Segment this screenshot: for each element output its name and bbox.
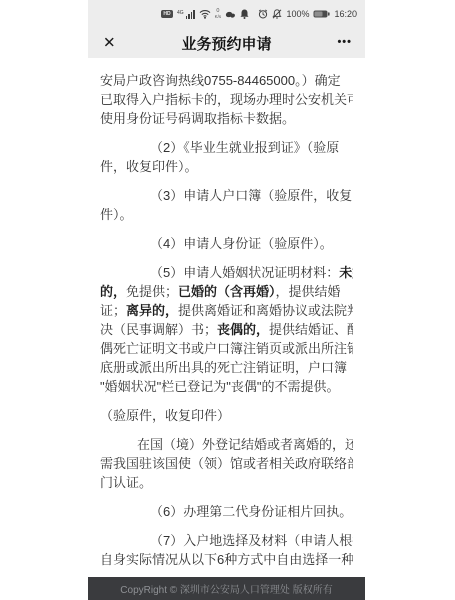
text-line: 件）。 <box>100 205 353 224</box>
copyright-footer: CopyRight © 深圳市公安局人口管理处 版权所有 <box>88 577 365 600</box>
volte-hd-icon: HD <box>161 10 173 18</box>
clock-text: 16:20 <box>334 9 357 19</box>
alarm-clock-icon <box>258 9 268 19</box>
text-line: （7）入户地选择及材料（申请人根据 <box>100 531 353 550</box>
text-line: 件，收复印件）。 <box>100 157 353 176</box>
text-line: 在国（境）外登记结婚或者离婚的，还 <box>100 435 353 454</box>
bell-icon <box>240 9 249 19</box>
text-line: （4）申请人身份证（验原件）。 <box>100 234 353 253</box>
paragraph: （5）申请人婚姻状况证明材料：未婚的，免提供；已婚的（含再婚），提供结婚证；离异… <box>100 263 353 396</box>
status-bar: HD 4G 0 K/s <box>88 0 365 28</box>
text-line: 底册或派出所出具的死亡注销证明，户口簿 <box>100 358 353 377</box>
text-line: 偶死亡证明文书或户口簿注销页或派出所注销 <box>100 339 353 358</box>
network-type-label: 4G <box>177 10 184 16</box>
text-line: 使用身份证号码调取指标卡数据。 <box>100 109 353 128</box>
text-line: （2）《毕业生就业报到证》（验原 <box>100 138 353 157</box>
paragraph: （验原件，收复印件） <box>100 406 353 425</box>
paragraph: （6）办理第二代身份证相片回执。 <box>100 502 353 521</box>
paragraph: （3）申请人户口簿（验原件，收复印件）。 <box>100 186 353 224</box>
text-line: （3）申请人户口簿（验原件，收复印 <box>100 186 353 205</box>
text-line: 安局户政咨询热线0755-84465000。）确定 <box>100 71 353 90</box>
status-bar-left-cluster: HD 4G 0 K/s <box>161 9 249 19</box>
text-line: 自身实际情况从以下6种方式中自由选择一种 <box>100 550 353 569</box>
wifi-icon <box>199 9 211 19</box>
notification-dot-icon <box>225 10 236 19</box>
copyright-text: CopyRight © 深圳市公安局人口管理处 版权所有 <box>120 581 332 596</box>
more-menu-icon[interactable]: ••• <box>337 37 352 48</box>
text-line: 证；离异的，提供离婚证和离婚协议或法院判 <box>100 301 353 320</box>
text-line: 需我国驻该国使（领）馆或者相关政府联络部 <box>100 454 353 473</box>
wechat-webview-window: HD 4G 0 K/s <box>88 0 365 600</box>
text-line: "婚姻状况"栏已登记为"丧偶"的不需提供。 <box>100 377 353 396</box>
battery-icon <box>313 10 330 18</box>
close-icon[interactable]: ✕ <box>103 36 116 51</box>
paragraph: 在国（境）外登记结婚或者离婚的，还需我国驻该国使（领）馆或者相关政府联络部门认证… <box>100 435 353 492</box>
text-line: 的，免提供；已婚的（含再婚），提供结婚 <box>100 282 353 301</box>
status-bar-right-cluster: 100% 16:20 <box>258 9 357 19</box>
text-line: （验原件，收复印件） <box>100 406 353 425</box>
text-line: 已取得入户指标卡的，现场办理时公安机关可 <box>100 90 353 109</box>
paragraph: （4）申请人身份证（验原件）。 <box>100 234 353 253</box>
text-line: 决（民事调解）书；丧偶的，提供结婚证、配 <box>100 320 353 339</box>
page-title: 业务预约申请 <box>181 33 271 54</box>
paragraph: （2）《毕业生就业报到证》（验原件，收复印件）。 <box>100 138 353 176</box>
paragraph: 安局户政咨询热线0755-84465000。）确定已取得入户指标卡的，现场办理时… <box>100 71 353 128</box>
screenshot-canvas: HD 4G 0 K/s <box>0 0 455 600</box>
mute-bell-icon <box>272 9 282 19</box>
text-line: （6）办理第二代身份证相片回执。 <box>100 502 353 521</box>
signal-strength-icon: 4G <box>177 10 195 19</box>
nav-bar: ✕ 业务预约申请 ••• <box>88 28 365 58</box>
paragraph: （7）入户地选择及材料（申请人根据自身实际情况从以下6种方式中自由选择一种 <box>100 531 353 569</box>
battery-percent-text: 100% <box>286 9 309 19</box>
text-line: 门认证。 <box>100 473 353 492</box>
article-content[interactable]: 安局户政咨询热线0755-84465000。）确定已取得入户指标卡的，现场办理时… <box>88 58 365 577</box>
network-speed-indicator: 0 K/s <box>215 9 222 19</box>
text-line: （5）申请人婚姻状况证明材料：未婚 <box>100 263 353 282</box>
